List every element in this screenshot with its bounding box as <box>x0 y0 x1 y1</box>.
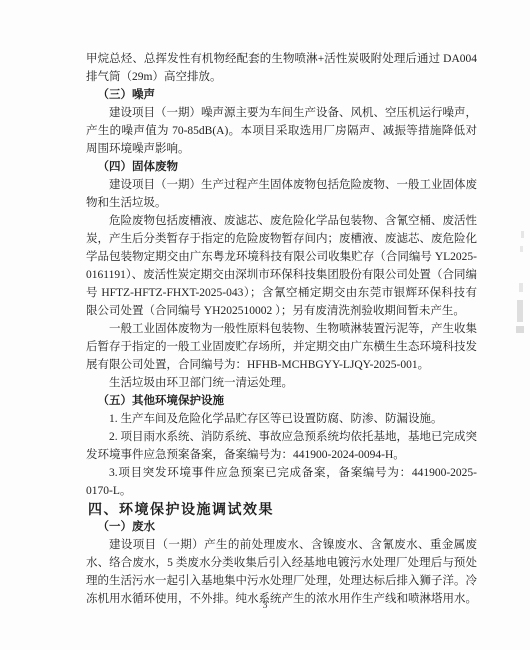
scan-artifact <box>516 326 524 333</box>
heading-solid-waste: （四）固体废物 <box>86 158 477 176</box>
paragraph-general-industrial-waste: 一般工业固体废物为一般性原料包装物、生物喷淋装置污泥等，产生收集后暂存于指定的一… <box>86 320 477 374</box>
paragraph-emergency-plan-filing: 3.项目突发环境事件应急预案已完成备案，备案编号为：441900-2025-01… <box>86 464 477 500</box>
heading-noise: （三）噪声 <box>86 86 477 104</box>
paragraph-solid-waste-overview: 建设项目（一期）生产过程产生固体废物包括危险废物、一般工业固体废物和生活垃圾。 <box>86 176 477 212</box>
scan-artifact <box>520 246 523 252</box>
paragraph-exhaust-continuation: 甲烷总烃、总挥发性有机物经配套的生物喷淋+活性炭吸附处理后通过 DA004 排气… <box>86 50 477 86</box>
paragraph-emergency-systems: 2. 项目雨水系统、消防系统、事故应急预系统均依托基地，基地已完成突发环境事件应… <box>86 428 477 464</box>
paragraph-domestic-garbage: 生活垃圾由环卫部门统一清运处理。 <box>86 374 477 392</box>
paragraph-anticorrosion-facilities: 1. 生产车间及危险化学品贮存区等已设置防腐、防渗、防漏设施。 <box>86 410 477 428</box>
heading-other-env-facilities: （五）其他环境保护设施 <box>86 392 477 410</box>
paragraph-noise: 建设项目（一期）噪声源主要为车间生产设备、风机、空压机运行噪声，产生的噪声值为 … <box>86 104 477 158</box>
page-number: 3 <box>0 600 530 611</box>
document-body: 甲烷总烃、总挥发性有机物经配套的生物喷淋+活性炭吸附处理后通过 DA004 排气… <box>86 50 477 608</box>
heading-wastewater: （一）废水 <box>86 518 477 536</box>
scan-artifact <box>521 231 524 238</box>
scan-artifact <box>519 283 523 292</box>
scan-artifact <box>517 300 523 322</box>
paragraph-hazardous-waste: 危险废物包括废槽液、废滤芯、废危险化学品包装物、含氰空桶、废活性炭，产生后分类暂… <box>86 212 477 320</box>
document-page: 甲烷总烃、总挥发性有机物经配套的生物喷淋+活性炭吸附处理后通过 DA004 排气… <box>0 0 530 650</box>
paragraph-wastewater: 建设项目（一期）产生的前处理废水、含镍废水、含氰废水、重金属废水、络合废水，5 … <box>86 536 477 608</box>
chapter-heading-debugging-effect: 四、环境保护设施调试效果 <box>86 500 477 518</box>
